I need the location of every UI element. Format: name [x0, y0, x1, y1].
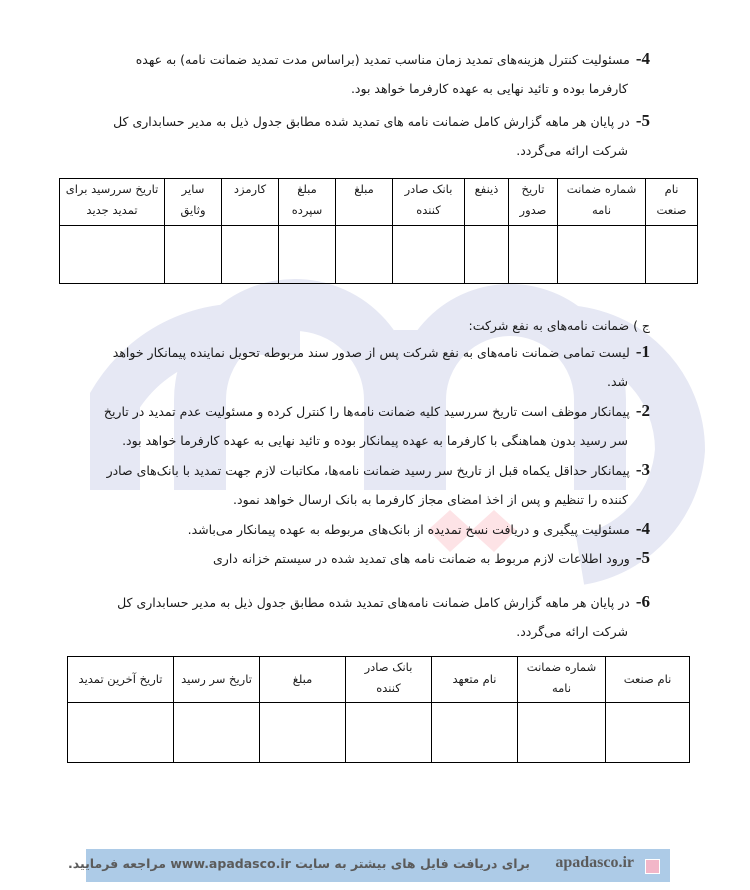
header-cell-obligor-name: نام متعهد	[432, 657, 518, 703]
item-text: در پایان هر ماهه گزارش کامل ضمانت نامه ه…	[113, 114, 630, 129]
item-number: 4-	[636, 519, 650, 538]
item-number: 6-	[636, 592, 650, 611]
item-text: کننده را تنظیم و پس از اخذ امضای مجاز کا…	[50, 485, 650, 514]
header-cell-guarantee-number: شماره ضمانتنامه	[518, 657, 606, 703]
table-cell[interactable]	[279, 226, 336, 284]
item-text: لیست تمامی ضمانت نامه‌های به نفع شرکت پس…	[113, 345, 630, 360]
section-c-title: ج ) ضمانت نامه‌های به نفع شرکت:	[50, 311, 650, 340]
header-cell-amount: مبلغ	[260, 657, 346, 703]
item-text: ورود اطلاعات لازم مربوط به ضمانت نامه ها…	[213, 551, 630, 566]
section-c-item-1: 1-لیست تمامی ضمانت نامه‌های به نفع شرکت …	[50, 337, 650, 396]
table-cell[interactable]	[174, 703, 260, 763]
item-text: پیمانکار حداقل یکماه قبل از تاریخ سر رسی…	[107, 463, 630, 478]
table-cell[interactable]	[260, 703, 346, 763]
item-text: مسئولیت کنترل هزینه‌های تمدید زمان مناسب…	[136, 52, 630, 67]
company-guarantees-table: تاریخ آخرین تمدید تاریخ سر رسید مبلغ بان…	[67, 656, 690, 763]
item-text: در پایان هر ماهه گزارش کامل ضمانت نامه‌ه…	[117, 595, 630, 610]
section-c-item-6: 6-در پایان هر ماهه گزارش کامل ضمانت نامه…	[50, 587, 650, 646]
header-cell-beneficiary: ذینفع	[465, 179, 509, 226]
table-row	[60, 226, 698, 284]
table-cell[interactable]	[509, 226, 558, 284]
item-text: مسئولیت پیگیری و دریافت نسخ تمدیده از با…	[188, 522, 630, 537]
item-number: 3-	[636, 460, 650, 479]
apadasco-logo-icon	[645, 859, 660, 874]
table-cell[interactable]	[346, 703, 432, 763]
table-cell[interactable]	[518, 703, 606, 763]
item-number: 2-	[636, 401, 650, 420]
item-text: شرکت ارائه می‌گردد.	[50, 136, 650, 165]
header-cell-industry-name: نام صنعت	[606, 657, 690, 703]
item-number: 4-	[636, 49, 650, 68]
footer-site-label[interactable]: apadasco.ir	[555, 854, 634, 872]
section-c-item-4: 4-مسئولیت پیگیری و دریافت نسخ تمدیده از …	[50, 514, 650, 544]
table-cell[interactable]	[393, 226, 465, 284]
header-cell-issuing-bank: بانک صادرکننده	[346, 657, 432, 703]
header-cell-amount: مبلغ	[336, 179, 393, 226]
header-cell-deposit-amount: مبلغسپرده	[279, 179, 336, 226]
table-row	[68, 703, 690, 763]
table-cell[interactable]	[465, 226, 509, 284]
table-cell[interactable]	[165, 226, 222, 284]
table-header-row: تاریخ سررسید برایتمدید جدید سایروثایق کا…	[60, 179, 698, 226]
table-cell[interactable]	[68, 703, 174, 763]
item-text: سر رسید بدون هماهنگی با کارفرما به عهده …	[50, 426, 650, 455]
item-text: شرکت ارائه می‌گردد.	[50, 617, 650, 646]
table-cell[interactable]	[222, 226, 279, 284]
item-text: کارفرما بوده و تائید نهایی به عهده کارفر…	[50, 74, 650, 103]
header-cell-due-date-new: تاریخ سررسید برایتمدید جدید	[60, 179, 165, 226]
header-cell-other-collateral: سایروثایق	[165, 179, 222, 226]
item-text: شد.	[50, 367, 650, 396]
section-c-item-3: 3-پیمانکار حداقل یکماه قبل از تاریخ سر ر…	[50, 455, 650, 514]
footer-banner: apadasco.ir برای دریافت فایل های بیشتر ب…	[86, 849, 670, 882]
table-header-row: تاریخ آخرین تمدید تاریخ سر رسید مبلغ بان…	[68, 657, 690, 703]
table-cell[interactable]	[336, 226, 393, 284]
table-cell[interactable]	[60, 226, 165, 284]
item-text: پیمانکار موظف است تاریخ سررسید کلیه ضمان…	[104, 404, 630, 419]
section-a-item-5: 5-در پایان هر ماهه گزارش کامل ضمانت نامه…	[50, 106, 650, 165]
section-c-item-2: 2-پیمانکار موظف است تاریخ سررسید کلیه ضم…	[50, 396, 650, 455]
header-cell-due-date: تاریخ سر رسید	[174, 657, 260, 703]
section-heading: ج ) ضمانت نامه‌های به نفع شرکت:	[50, 311, 650, 340]
item-number: 1-	[636, 342, 650, 361]
header-cell-guarantee-number: شماره ضمانتنامه	[558, 179, 646, 226]
item-number: 5-	[636, 548, 650, 567]
guarantee-extension-table: تاریخ سررسید برایتمدید جدید سایروثایق کا…	[59, 178, 698, 284]
table-cell[interactable]	[558, 226, 646, 284]
table-cell[interactable]	[432, 703, 518, 763]
section-a-item-4: 4-مسئولیت کنترل هزینه‌های تمدید زمان منا…	[50, 44, 650, 103]
section-c-item-5: 5-ورود اطلاعات لازم مربوط به ضمانت نامه …	[50, 543, 650, 573]
header-cell-commission: کارمزد	[222, 179, 279, 226]
header-cell-issuing-bank: بانک صادرکننده	[393, 179, 465, 226]
table-cell[interactable]	[646, 226, 698, 284]
header-cell-last-extension-date: تاریخ آخرین تمدید	[68, 657, 174, 703]
table-cell[interactable]	[606, 703, 690, 763]
header-cell-issue-date: تاریخصدور	[509, 179, 558, 226]
header-cell-industry-name: نامصنعت	[646, 179, 698, 226]
footer-message: برای دریافت فایل های بیشتر به سایت www.a…	[68, 856, 530, 871]
item-number: 5-	[636, 111, 650, 130]
